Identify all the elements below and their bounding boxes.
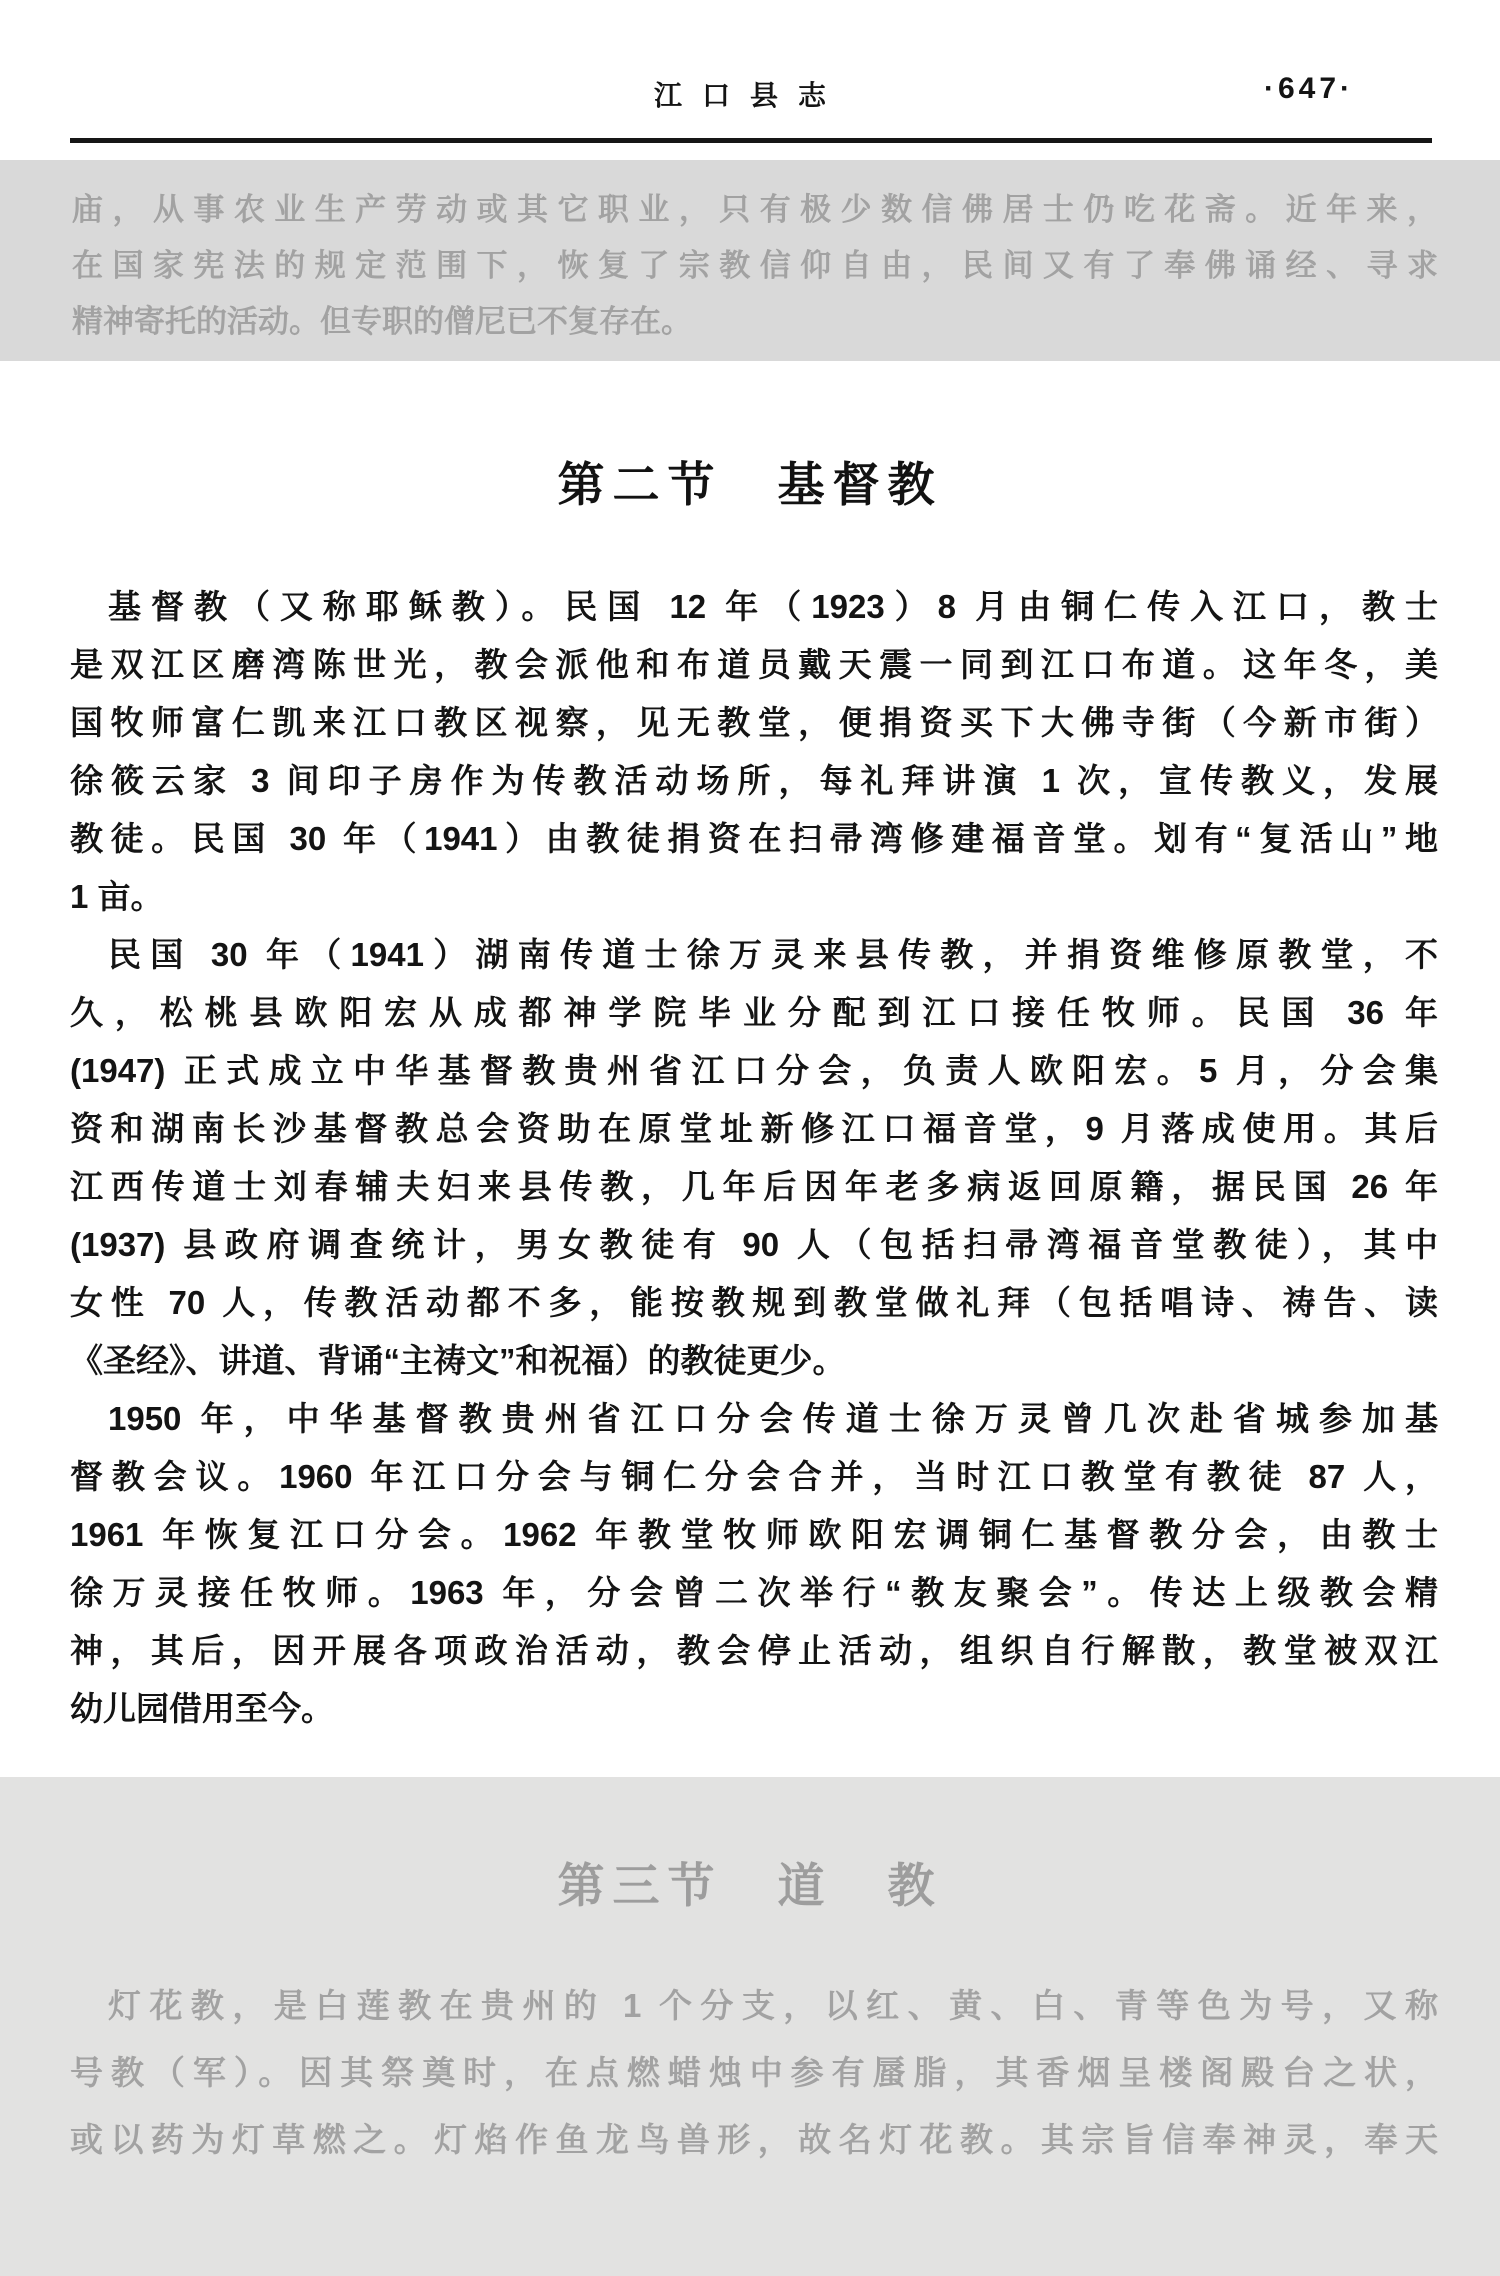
text-line: 幼儿园借用至今。: [70, 1680, 1438, 1738]
text-line: 神，其后，因开展各项政治活动，教会停止活动，组织自行解散，教堂被双江: [70, 1622, 1438, 1680]
text-line: 《圣经》、讲道、背诵“主祷文”和祝福）的教徒更少。: [70, 1332, 1438, 1390]
text-line: 国牧师富仁凯来江口教区视察，见无教堂，便捐资买下大佛寺街（今新市街）: [70, 694, 1438, 752]
text-line: 久，松桃县欧阳宏从成都神学院毕业分配到江口接任牧师。民国 36 年: [70, 984, 1438, 1042]
text-line: 1961 年恢复江口分会。1962 年教堂牧师欧阳宏调铜仁基督教分会，由教士: [70, 1506, 1438, 1564]
text-line: 民国 30 年（1941）湖南传道士徐万灵来县传教，并捐资维修原教堂，不: [70, 926, 1438, 984]
text-line: 或以药为灯草燃之。灯焰作鱼龙鸟兽形，故名灯花教。其宗旨信奉神灵，奉天: [70, 2106, 1438, 2173]
text-line: 徐筱云家 3 间印子房作为传教活动场所，每礼拜讲演 1 次，宣传教义，发展: [70, 752, 1438, 810]
text-line: 督教会议。1960 年江口分会与铜仁分会合并，当时江口教堂有教徒 87 人，: [70, 1448, 1438, 1506]
section-2-title: 第二节 基督教: [0, 448, 1500, 515]
text-line: 江西传道士刘春辅夫妇来县传教，几年后因年老多病返回原籍，据民国 26 年: [70, 1158, 1438, 1216]
text-line: (1947) 正式成立中华基督教贵州省江口分会，负责人欧阳宏。5 月，分会集: [70, 1042, 1438, 1100]
header-rule: [70, 138, 1432, 143]
text-line: (1937) 县政府调查统计，男女教徒有 90 人（包括扫帚湾福音堂教徒），其中: [70, 1216, 1438, 1274]
faded-band-top: 庙，从事农业生产劳动或其它职业，只有极少数信佛居士仍吃花斋。近年来， 在国家宪法…: [0, 160, 1500, 361]
section-3-title: 第三节 道 教: [0, 1849, 1500, 1916]
text-line: 在国家宪法的规定范围下，恢复了宗教信仰自由，民间又有了奉佛诵经、寻求: [72, 238, 1438, 294]
faded-paragraph-top: 庙，从事农业生产劳动或其它职业，只有极少数信佛居士仍吃花斋。近年来， 在国家宪法…: [0, 160, 1500, 350]
faded-band-bottom: 第三节 道 教 灯花教，是白莲教在贵州的 1 个分支，以红、黄、白、青等色为号，…: [0, 1777, 1500, 2276]
text-line: 徐万灵接任牧师。1963 年，分会曾二次举行“教友聚会”。传达上级教会精: [70, 1564, 1438, 1622]
text-line: 资和湖南长沙基督教总会资助在原堂址新修江口福音堂，9 月落成使用。其后: [70, 1100, 1438, 1158]
text-line: 庙，从事农业生产劳动或其它职业，只有极少数信佛居士仍吃花斋。近年来，: [72, 182, 1438, 238]
text-line: 1 亩。: [70, 868, 1438, 926]
text-line: 女性 70 人，传教活动都不多，能按教规到教堂做礼拜（包括唱诗、祷告、读: [70, 1274, 1438, 1332]
text-line: 1950 年，中华基督教贵州省江口分会传道士徐万灵曾几次赴省城参加基: [70, 1390, 1438, 1448]
faded-paragraph-bottom: 灯花教，是白莲教在贵州的 1 个分支，以红、黄、白、青等色为号，又称 号教（军）…: [0, 1916, 1500, 2173]
text-line: 灯花教，是白莲教在贵州的 1 个分支，以红、黄、白、青等色为号，又称: [70, 1972, 1438, 2039]
text-line: 号教（军）。因其祭奠时，在点燃蜡烛中参有蜃脂，其香烟呈楼阁殿台之状，: [70, 2039, 1438, 2106]
section-2-body: 基督教（又称耶稣教）。民国 12 年（1923）8 月由铜仁传入江口，教士 是双…: [70, 578, 1438, 1738]
page-number: ·647·: [1264, 72, 1354, 106]
text-line: 精神寄托的活动。但专职的僧尼已不复存在。: [72, 294, 1438, 350]
text-line: 基督教（又称耶稣教）。民国 12 年（1923）8 月由铜仁传入江口，教士: [70, 578, 1438, 636]
text-line: 是双江区磨湾陈世光，教会派他和布道员戴天震一同到江口布道。这年冬，美: [70, 636, 1438, 694]
scanned-book-page: 江口县志 ·647· 庙，从事农业生产劳动或其它职业，只有极少数信佛居士仍吃花斋…: [0, 0, 1500, 2276]
text-line: 教徒。民国 30 年（1941）由教徒捐资在扫帚湾修建福音堂。划有“复活山”地: [70, 810, 1438, 868]
